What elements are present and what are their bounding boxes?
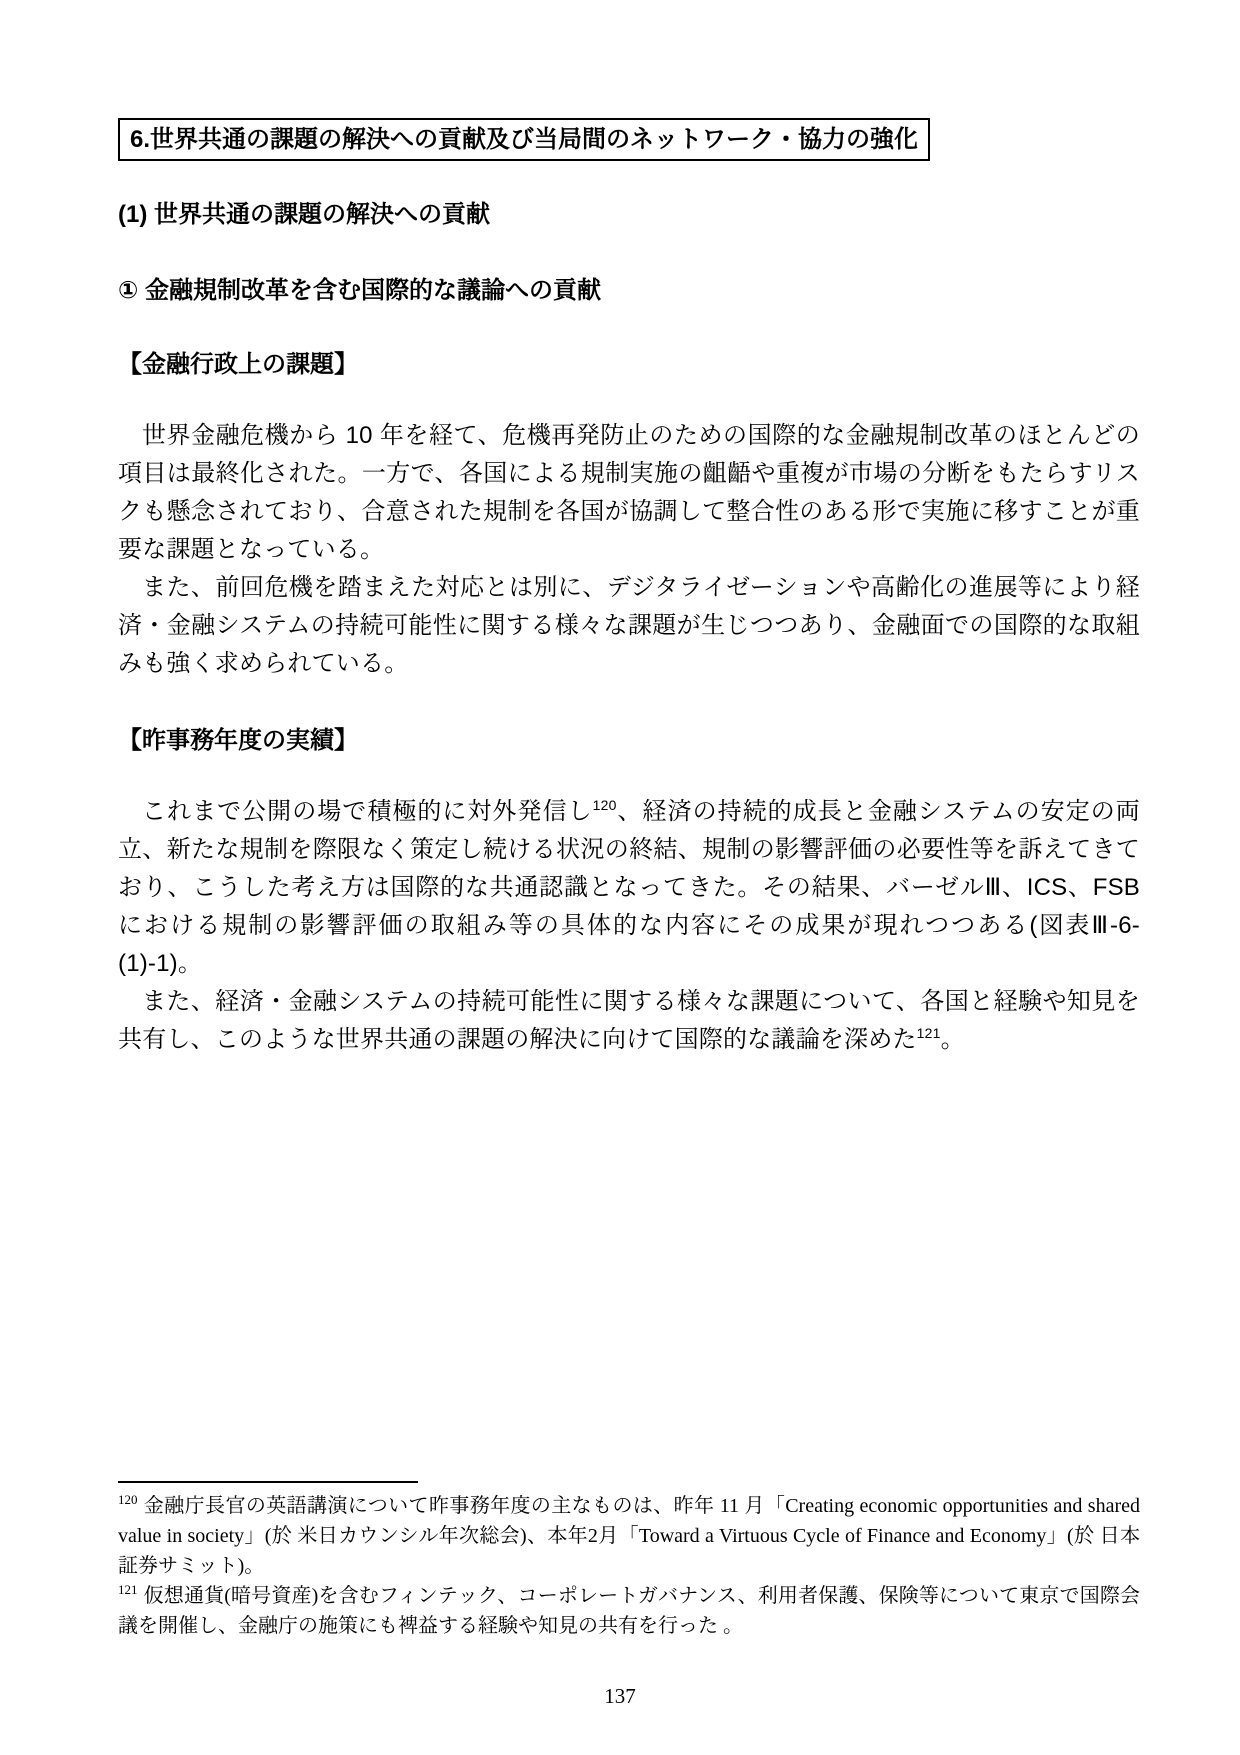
footnote-number: 121: [118, 1582, 138, 1597]
document-page: 6.世界共通の課題の解決への貢献及び当局間のネットワーク・協力の強化 (1) 世…: [0, 0, 1240, 1755]
footnote-text: 金融庁長官の英語講演について昨事務年度の主なものは、昨年 11 月「Creati…: [118, 1495, 1140, 1577]
footnote-separator-rule: [118, 1481, 418, 1483]
footnote-121: 121仮想通貨(暗号資産)を含むフィンテック、コーポレートガバナンス、利用者保護…: [118, 1581, 1140, 1641]
footnote-120: 120金融庁長官の英語講演について昨事務年度の主なものは、昨年 11 月「Cre…: [118, 1491, 1140, 1581]
body-paragraph-results-1: これまで公開の場で積極的に対外発信し120、経済の持続的成長と金融システムの安定…: [118, 793, 1140, 983]
footnote-ref-120: 120: [593, 797, 617, 813]
body-paragraph-issues-2: また、前回危機を踏まえた対応とは別に、デジタライゼーションや高齢化の進展等により…: [118, 569, 1140, 683]
heading-financial-regulatory-reform: ① 金融規制改革を含む国際的な議論への貢献: [118, 275, 1140, 307]
body-paragraph-results-2: また、経済・金融システムの持続可能性に関する様々な課題について、各国と経験や知見…: [118, 983, 1140, 1059]
section-title: 6.世界共通の課題の解決への貢献及び当局間のネットワーク・協力の強化: [130, 126, 918, 153]
section-title-box: 6.世界共通の課題の解決への貢献及び当局間のネットワーク・協力の強化: [118, 118, 930, 161]
label-previous-year-results: 【昨事務年度の実績】: [118, 725, 1140, 757]
footnote-text: 仮想通貨(暗号資産)を含むフィンテック、コーポレートガバナンス、利用者保護、保険…: [118, 1585, 1140, 1637]
label-administrative-issues: 【金融行政上の課題】: [118, 349, 1140, 381]
footnote-ref-121: 121: [917, 1025, 941, 1041]
page-number: 137: [0, 1684, 1240, 1709]
body-paragraph-issues-1: 世界金融危機から 10 年を経て、危機再発防止のための国際的な金融規制改革のほと…: [118, 417, 1140, 569]
heading-global-issues: (1) 世界共通の課題の解決への貢献: [118, 199, 1140, 231]
paragraph-text: これまで公開の場で積極的に対外発信し: [142, 798, 593, 825]
footnote-number: 120: [118, 1492, 138, 1507]
paragraph-text: 。: [941, 1026, 965, 1053]
page-content: 6.世界共通の課題の解決への貢献及び当局間のネットワーク・協力の強化 (1) 世…: [118, 118, 1140, 1059]
footnote-area: 120金融庁長官の英語講演について昨事務年度の主なものは、昨年 11 月「Cre…: [118, 1481, 1140, 1641]
paragraph-text: また、経済・金融システムの持続可能性に関する様々な課題について、各国と経験や知見…: [118, 988, 1140, 1053]
